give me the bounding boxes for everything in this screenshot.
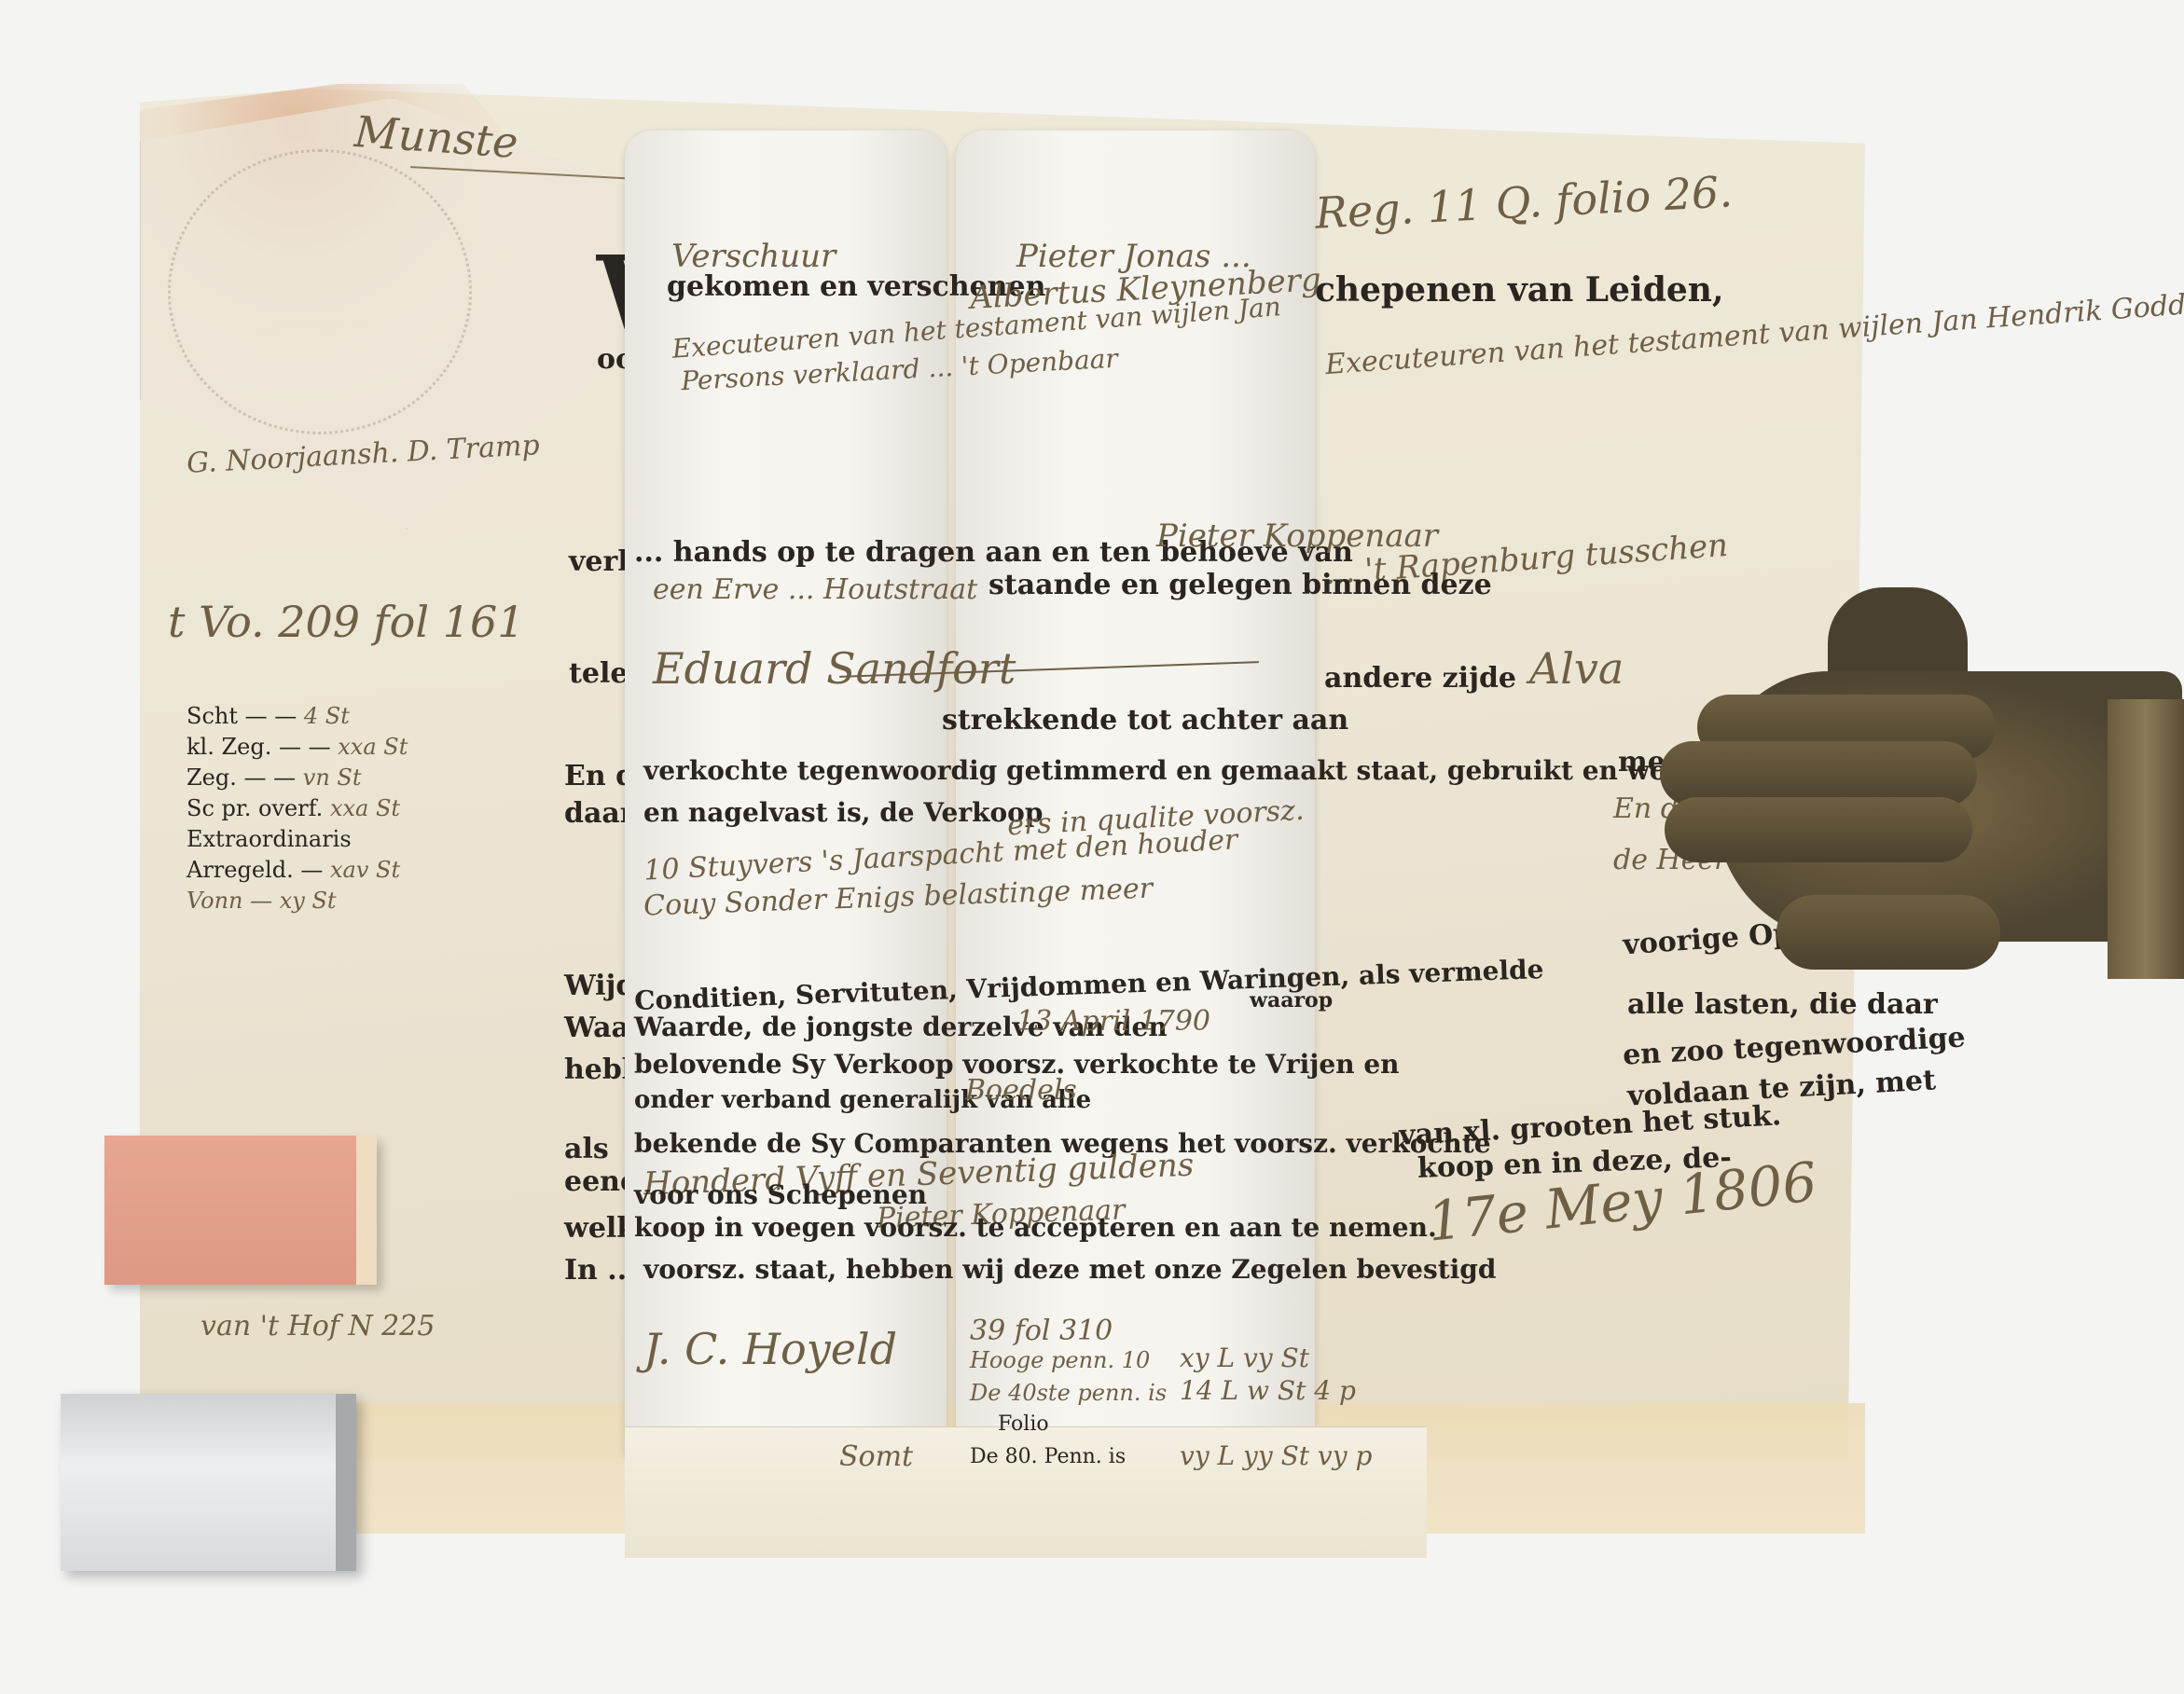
hand-alva: Alva: [1529, 643, 1624, 694]
footer-row1-value: xy L vy St: [1180, 1343, 1309, 1373]
hand-finger: [1665, 797, 1972, 862]
title-schepenen: chepenen van Leiden,: [1315, 270, 1724, 310]
fees-table: Scht — — 4 St kl. Zeg. — — xxa St Zeg. —…: [187, 701, 578, 916]
fee-row: Sc pr. overf. xxa St: [187, 793, 578, 824]
print-als: als: [564, 1133, 609, 1165]
print-waarop: waarop: [1250, 988, 1333, 1012]
footer-row4-value: vy L yy St vy p: [1180, 1440, 1372, 1471]
aluminium-block: [61, 1394, 356, 1571]
fee-row: Vonn — xy St: [187, 886, 578, 916]
hand-cuff: [2108, 699, 2184, 979]
print-schepenen: voor ons Schepenen: [634, 1179, 927, 1210]
footer-row2-value: 14 L w St 4 p: [1180, 1375, 1356, 1406]
hand-goederen: Boedels: [965, 1074, 1077, 1107]
print-line-daar: en nagelvast is, de Verkoop: [643, 797, 1043, 828]
hand-signature: J. C. Hoyeld: [643, 1324, 897, 1374]
print-staande: staande en gelegen binnen deze: [988, 569, 1492, 601]
fee-row: Arregeld. — xav St: [187, 855, 578, 886]
bronze-hand-clip: [1660, 587, 2184, 1035]
hand-bottom-left: van 't Hof N 225: [200, 1310, 435, 1343]
hand-street: een Erve ... Houtstraat: [653, 573, 977, 606]
fee-row: Extraordinaris: [187, 824, 578, 855]
footer-reg-ref: 39 fol 310: [970, 1315, 1113, 1347]
print-strekkende: strekkende tot achter aan: [942, 704, 1348, 737]
left-note: t Vo. 209 fol 161: [168, 597, 525, 647]
fee-row: Zeg. — — vn St: [187, 763, 578, 793]
hand-verschuur: Verschuur: [671, 238, 836, 275]
footer-sum-label: Somt: [839, 1440, 913, 1473]
fee-row: Scht — — 4 St: [187, 701, 578, 732]
print-welke: koop in voegen voorsz. te accepteren en …: [634, 1212, 1437, 1243]
embossed-seal: [168, 149, 472, 434]
copper-block: [104, 1136, 377, 1285]
footer-row4-label: De 80. Penn. is: [970, 1445, 1126, 1468]
hand-date-1790: 13 April 1790: [1016, 1005, 1210, 1038]
footer-row2-label: De 40ste penn. is: [970, 1380, 1167, 1406]
print-zegelen: voorsz. staat, hebben wij deze met onze …: [643, 1254, 1496, 1285]
footer-row1-label: Hooge penn. 10: [970, 1347, 1150, 1373]
hand-buyer: Pieter Koppenaar: [1156, 517, 1438, 555]
hand-finger: [1776, 895, 2000, 970]
hand-neighbour: Eduard Sandfort: [653, 643, 1016, 694]
print-line-en: verkochte tegenwoordig getimmerd en gema…: [643, 755, 1720, 786]
footer-row3-label: Folio: [998, 1412, 1049, 1436]
print-andere-zijde: andere zijde: [1324, 662, 1516, 695]
fee-row: kl. Zeg. — — xxa St: [187, 732, 578, 763]
